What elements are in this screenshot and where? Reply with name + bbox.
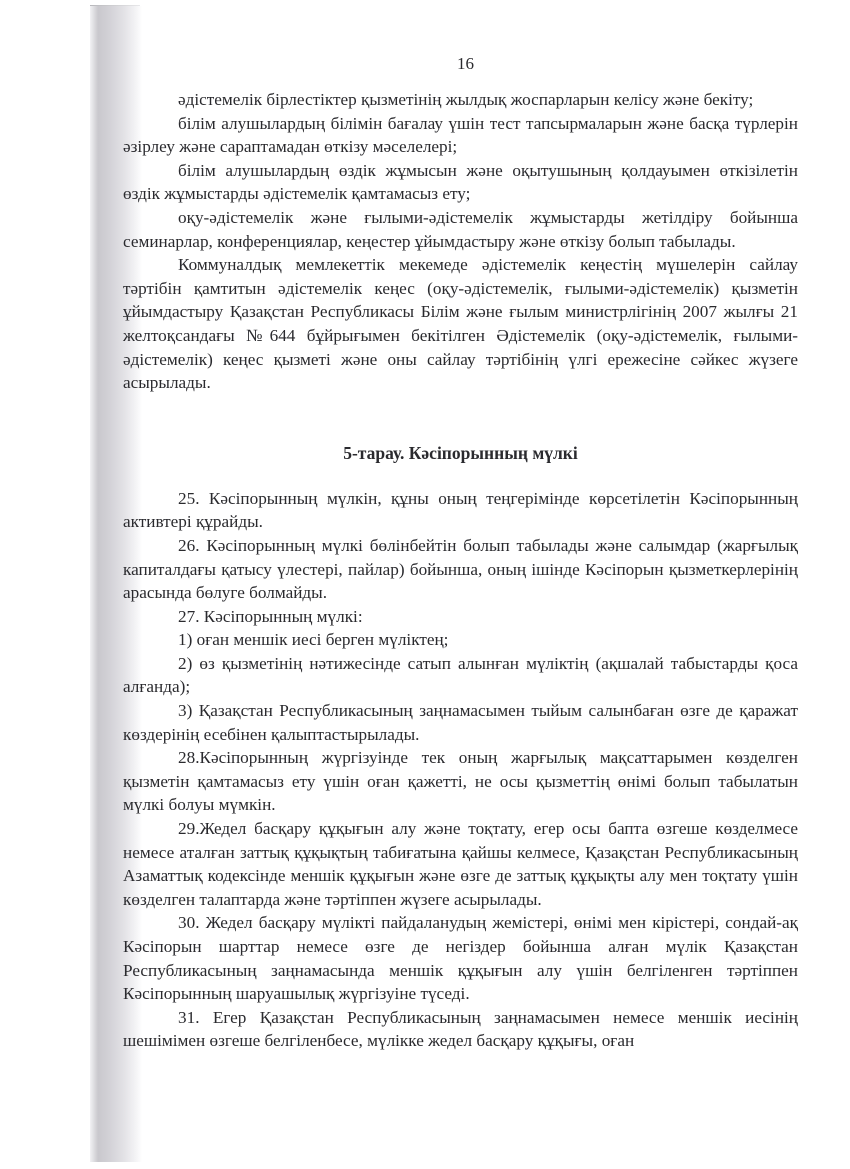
intro-block: әдістемелік бірлестіктер қызметінің жылд… — [123, 88, 798, 395]
section-body: 25. Кәсіпорынның мүлкін, құны оның теңге… — [123, 487, 798, 1053]
clause-29: 29.Жедел басқару құқығын алу және тоқтат… — [123, 817, 798, 911]
paragraph-independent-work: білім алушылардың өздік жұмысын және оқы… — [123, 159, 798, 206]
page-number: 16 — [123, 52, 798, 76]
clause-27-item-2: 2) өз қызметінің нәтижесінде сатып алынғ… — [123, 652, 798, 699]
section-heading: 5-тарау. Кәсіпорынның мүлкі — [123, 441, 798, 465]
paragraph-methodical-council: Коммуналдық мемлекеттік мекемеде әдістем… — [123, 253, 798, 395]
paragraph-test-tasks: білім алушылардың білімін бағалау үшін т… — [123, 112, 798, 159]
clause-27: 27. Кәсіпорынның мүлкі: — [123, 605, 798, 629]
clause-27-item-3: 3) Қазақстан Республикасының заңнамасыме… — [123, 699, 798, 746]
paragraph-methodical-plans: әдістемелік бірлестіктер қызметінің жылд… — [123, 88, 798, 112]
clause-28: 28.Кәсіпорынның жүргізуінде тек оның жар… — [123, 746, 798, 817]
clause-31: 31. Егер Қазақстан Республикасының заңна… — [123, 1006, 798, 1053]
clause-30: 30. Жедел басқару мүлікті пайдаланудың ж… — [123, 911, 798, 1005]
clause-26: 26. Кәсіпорынның мүлкі бөлінбейтін болып… — [123, 534, 798, 605]
clause-25: 25. Кәсіпорынның мүлкін, құны оның теңге… — [123, 487, 798, 534]
document-page: 16 әдістемелік бірлестіктер қызметінің ж… — [123, 52, 798, 1053]
paragraph-seminars: оқу-әдістемелік және ғылыми-әдістемелік … — [123, 206, 798, 253]
clause-27-item-1: 1) оған меншік иесі берген мүліктең; — [123, 628, 798, 652]
